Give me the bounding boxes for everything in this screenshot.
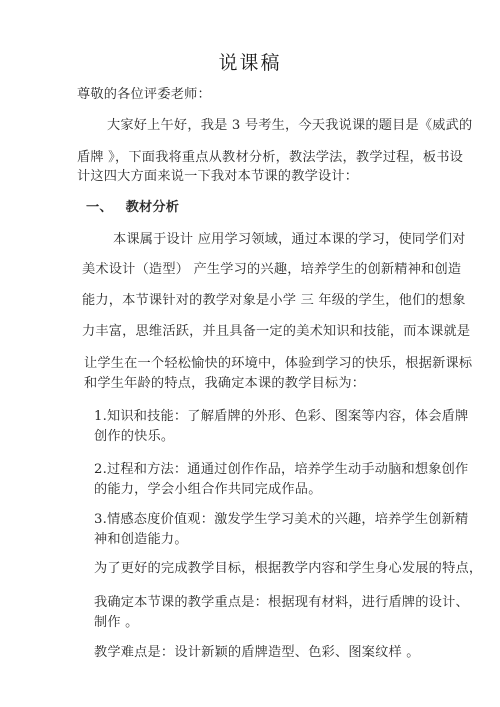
goal-1-line-1: 1.知识和技能：了解盾牌的外形、色彩、图案等内容，体会盾牌: [94, 409, 468, 425]
section-number: 一、: [86, 200, 113, 215]
paragraph-line-1: 本课属于设计 应用学习领域，通过本课的学习，使同学们对: [113, 232, 465, 248]
goal-2-line-2: 的能力，学会小组合作共同完成作品。: [94, 482, 322, 498]
section-title: 教材分析: [126, 200, 180, 215]
document-page: 说课稿 尊敬的各位评委老师： 大家好上午好，我是 3 号考生，今天我说课的题目是…: [0, 0, 500, 707]
key-point-line-2: 制作 。: [94, 615, 139, 631]
intro-line-3: 计这四大方面来说一下我对本节课的教学设计：: [77, 169, 358, 185]
paragraph-line-6: 和学生年龄的特点，我确定本课的教学目标为：: [84, 376, 365, 392]
paragraph-line-2: 美术设计（造型） 产生学习的兴趣，培养学生的创新精神和创造: [82, 262, 461, 278]
section-heading: 一、 教材分析: [86, 200, 179, 216]
goal-3-line-1: 3.情感态度价值观：激发学生学习美术的兴趣，培养学生创新精: [94, 512, 468, 528]
difficulty-line: 教学难点是：设计新颖的盾牌造型、色彩、图案纹样 。: [94, 645, 420, 661]
page-title: 说课稿: [0, 48, 500, 75]
goal-1-line-2: 创作的快乐。: [94, 429, 174, 445]
salutation: 尊敬的各位评委老师：: [77, 87, 211, 103]
intro-line-1: 大家好上午好，我是 3 号考生，今天我说课的题目是《威武的: [107, 118, 472, 134]
goal-3-line-2: 神和创造能力。: [94, 532, 188, 548]
key-point-line-1: 我确定本节课的教学重点是：根据现有材料，进行盾牌的设计、: [94, 595, 469, 611]
goal-2-line-1: 2.过程和方法：通通过创作作品，培养学生动手动脑和想象创作: [94, 462, 468, 478]
closing-line-1: 为了更好的完成教学目标，根据教学内容和学生身心发展的特点，: [94, 561, 482, 577]
paragraph-line-5: 让学生在一个轻松愉快的环境中，体验到学习的快乐，根据新课标: [84, 356, 472, 372]
intro-line-2: 盾牌 》，下面我将重点从教材分析，教法学法，教学过程，板书设: [77, 150, 463, 166]
paragraph-line-3: 能力，本节课针对的教学对象是小学 三 年级的学生，他们的想象: [82, 293, 466, 309]
paragraph-line-4: 力丰富，思维活跃，并且具备一定的美术知识和技能，而本课就是: [82, 324, 470, 340]
